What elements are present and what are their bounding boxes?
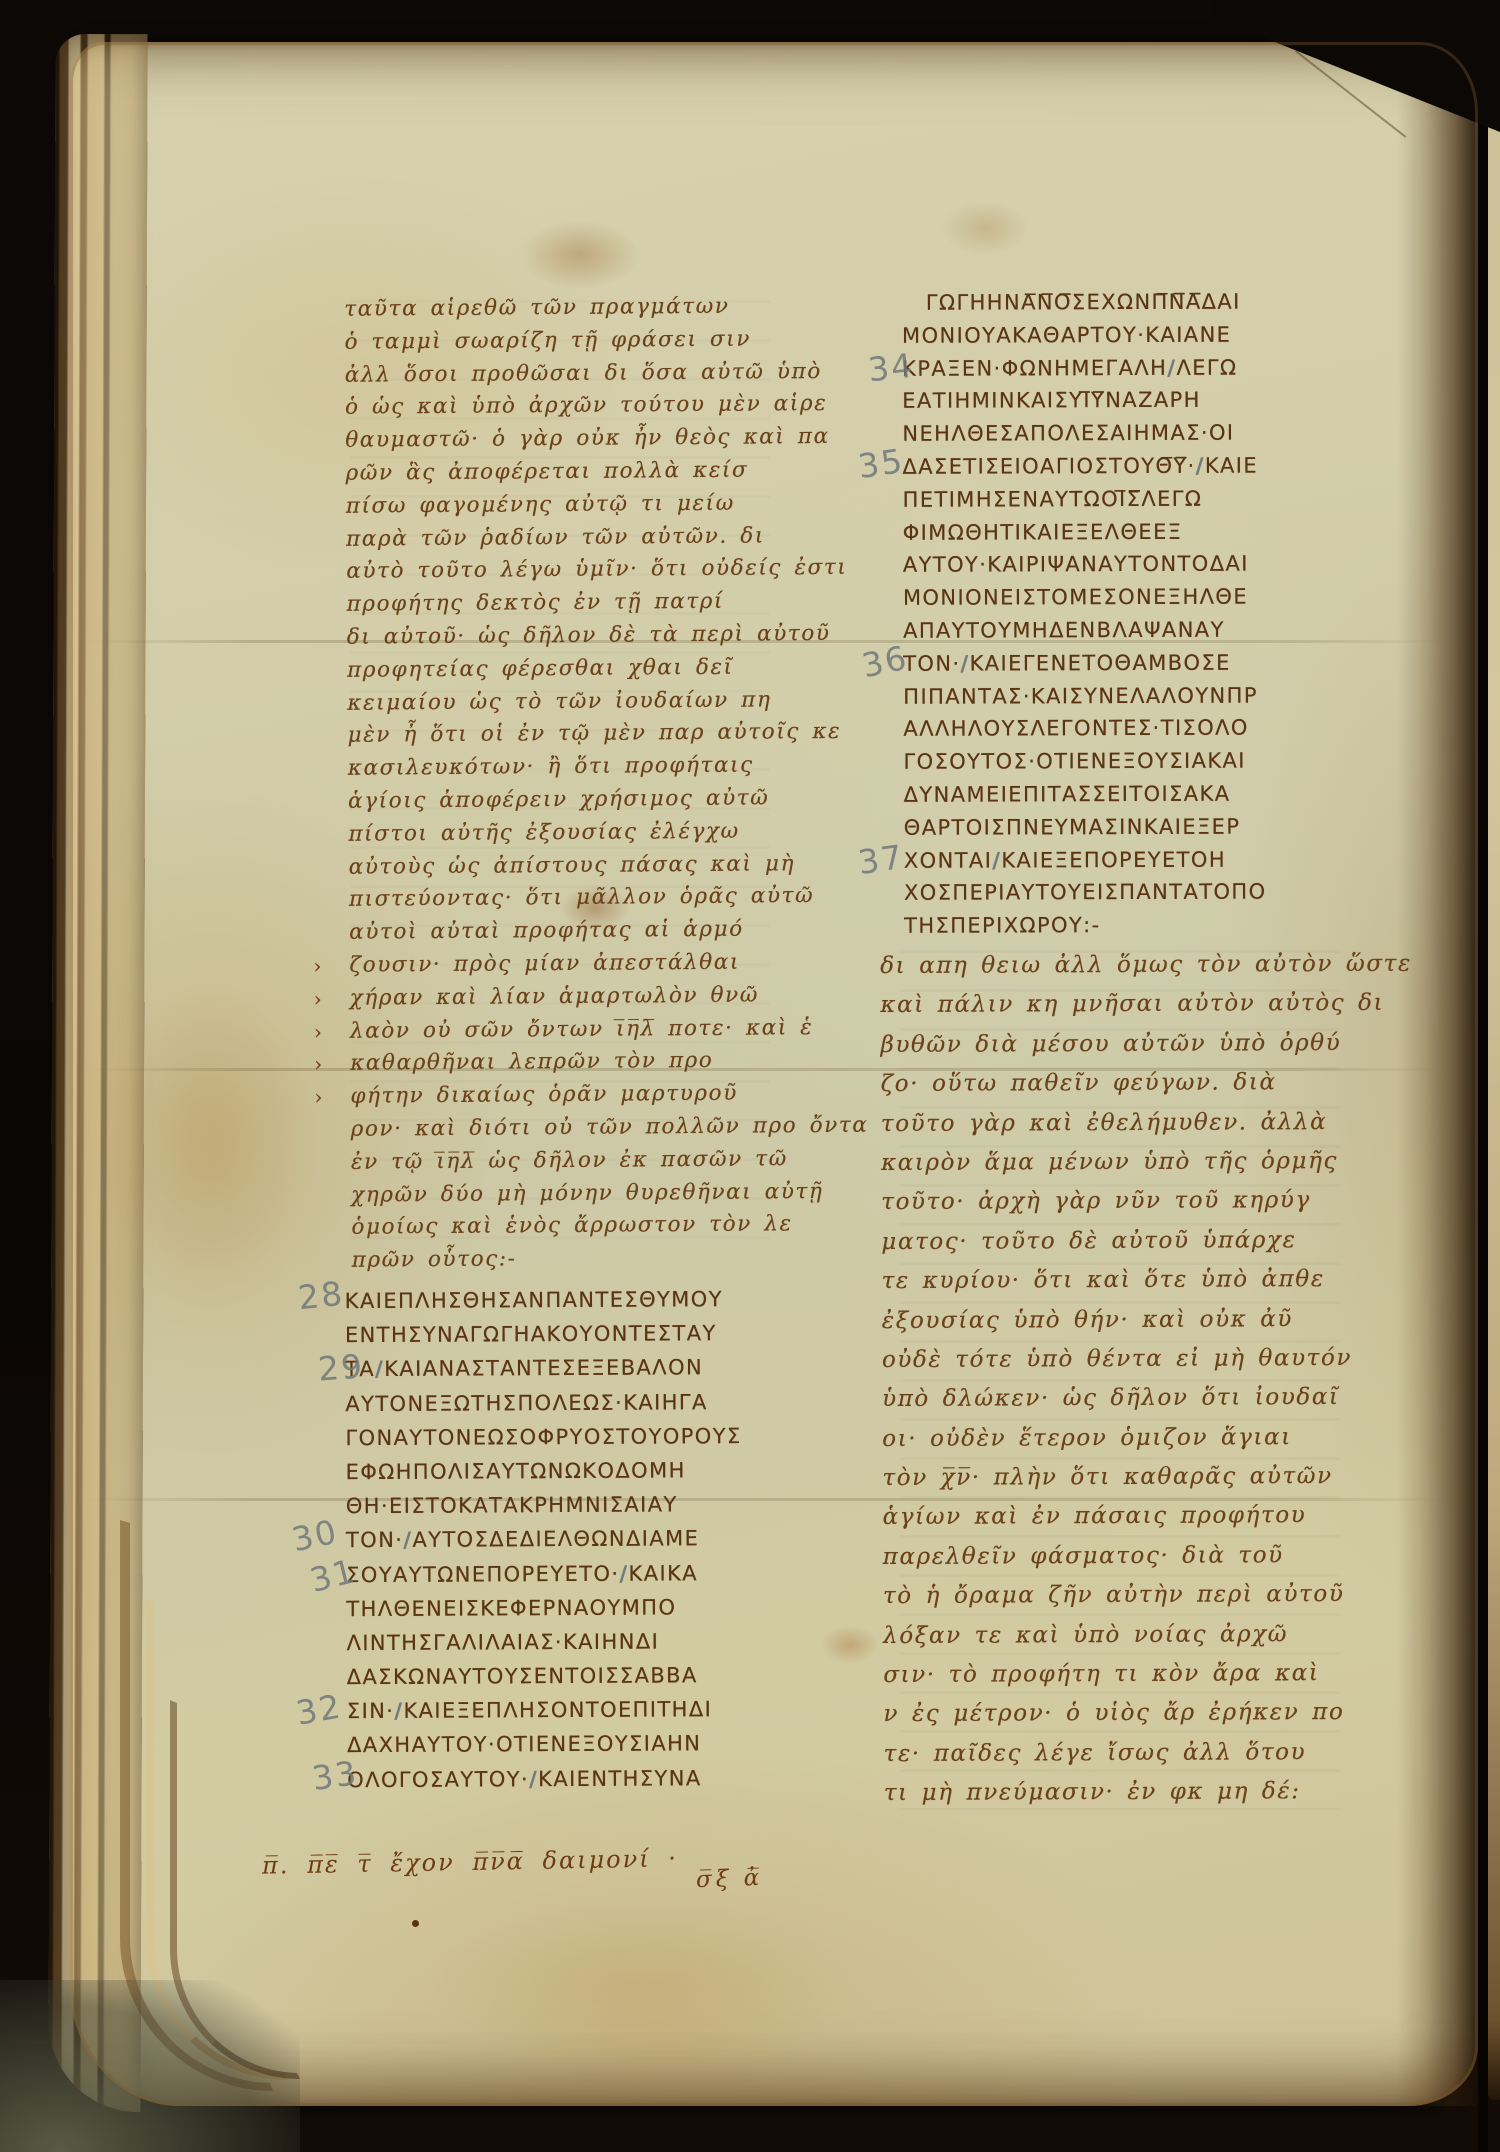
right-column-commentary: δι απη θειω ἀλλ ὅμως τὸν αὐτὸν ὥστεκαὶ π… xyxy=(880,945,1354,1814)
text-line: βυθῶν διὰ μέσου αὐτῶν ὑπὸ ὀρθύ xyxy=(880,1024,1350,1065)
text-line: ΔΑΣΕΤΙΣΕΙΟΑΓΙΟΣΤΟΥΘ̅Υ̅·∕ΚΑΙΕ xyxy=(902,449,1357,483)
text-line: ρῶν ἃς ἀποφέρεται πολλὰ κείσ xyxy=(345,454,781,490)
text-line: ταῦτα αἱρεθῶ τῶν πραγμάτων xyxy=(344,290,780,326)
table-surface xyxy=(0,1980,300,2152)
text-line: ὁ ταμμὶ σωαρίζη τῇ φράσει σιν xyxy=(344,323,780,359)
left-column-scripture-luke-4-28-33: ΚΑΙΕΠΛΗΣΘΗΣΑΝΠΑΝΤΕΣΘΥΜΟΥΕΝΤΗΣΥΝΑΓΩΓΗΑΚΟΥ… xyxy=(345,1282,794,1797)
text-line: ΤΑ∕ΚΑΙΑΝΑΣΤΑΝΤΕΣΕΞΕΒΑΛΟΝ xyxy=(345,1350,791,1387)
text-line: τὸν χ̅ν̅· πλὴν ὅτι καθαρᾶς αὐτῶν xyxy=(882,1457,1352,1498)
text-line: μὲν ἦ ὅτι οἱ ἐν τῷ μὲν παρ αὐτοῖς κε xyxy=(347,717,783,753)
pencil-verse-slash: ∕ xyxy=(394,1699,403,1723)
text-line: προφήτης δεκτὸς ἐν τῇ πατρί xyxy=(346,585,782,621)
text-line: ΜΟΝΙΟΥΑΚΑΘΑΡΤΟΥ·ΚΑΙΑΝΕ xyxy=(902,318,1357,352)
text-line: δι αὐτοῦ· ὡς δῆλον δὲ τὰ περὶ αὐτοῦ xyxy=(347,618,783,654)
text-line: ΤΗΣΠΕΡΙΧΩΡΟΥ:- xyxy=(904,908,1359,942)
text-line: ΤΗΛΘΕΝΕΙΣΚΕΦΕΡΝΑΟΥΜΠΟ xyxy=(346,1590,792,1627)
text-line: ΧΟΣΠΕΡΙΑΥΤΟΥΕΙΣΠΑΝΤΑΤΟΠΟ xyxy=(904,876,1359,910)
text-line: ἁγίων καὶ ἐν πάσαις προφήτου xyxy=(883,1496,1353,1537)
pencil-verse-slash: ∕ xyxy=(992,848,1001,872)
text-line: τι μὴ πνεύμασιν· ἐν φκ μη δέ: xyxy=(884,1772,1354,1813)
text-line: λαὸν οὐ σῶν ὄντων ι̅η̅λ̅ ποτε· καὶ ἑ› xyxy=(350,1012,786,1048)
text-line: κειμαίου ὡς τὸ τῶν ἰουδαίων πη xyxy=(347,684,783,720)
text-line: πίσω φαγομένης αὐτῷ τι μείω xyxy=(346,487,782,523)
text-line: ΕΝΤΗΣΥΝΑΓΩΓΗΑΚΟΥΟΝΤΕΣΤΑΥ xyxy=(345,1316,791,1353)
diple-quotation-mark: › xyxy=(314,1015,324,1048)
text-line: οι· οὐδὲν ἕτερον ὁμιζον ἅγιαι xyxy=(882,1418,1352,1459)
text-line: ΦΙΜΩΘΗΤΙΚΑΙΕΞΕΛΘΕΕΞ xyxy=(903,515,1358,549)
text-line: αὐτοὶ αὐταὶ προφήτας αἱ ἁρμό xyxy=(349,913,785,949)
pencil-verse-slash: ∕ xyxy=(1167,355,1176,379)
text-line: τὸ ἡ ὄραμα ζῆν αὐτὴν περὶ αὐτοῦ xyxy=(883,1575,1353,1616)
text-line: καὶ πάλιν κη μνῆσαι αὐτὸν αὐτὸς δι xyxy=(880,984,1350,1025)
next-page-edge xyxy=(1488,110,1500,2100)
text-line: ΑΥΤΟΝΕΞΩΤΗΣΠΟΛΕΩΣ·ΚΑΙΗΓΑ xyxy=(345,1384,791,1421)
text-line: ΤΟΝ·∕ΚΑΙΕΓΕΝΕΤΟΘΑΜΒΟΣΕ xyxy=(903,646,1358,680)
text-line: χήραν καὶ λίαν ἁμαρτωλὸν θνῶ› xyxy=(350,979,786,1015)
text-line: παρελθεῖν φάσματος· διὰ τοῦ xyxy=(883,1536,1353,1577)
text-line: τοῦτο· ἀρχὴ γὰρ νῦν τοῦ κηρύγ xyxy=(881,1181,1351,1222)
diple-quotation-mark: › xyxy=(314,1081,324,1114)
text-line: λόξαν τε καὶ ὑπὸ νοίας ἀρχῶ xyxy=(883,1615,1353,1656)
text-line: ΘΗ·ΕΙΣΤΟΚΑΤΑΚΡΗΜΝΙΣΑΙΑΥ xyxy=(346,1487,792,1524)
text-line: ΕΑΤΙΗΜΙΝΚΑΙΣΥΙ̅Υ̅ΝΑΖΑΡΗ xyxy=(902,384,1357,418)
text-line: ὁμοίως καὶ ἑνὸς ἄρρωστον τὸν λε xyxy=(351,1209,787,1245)
text-line: πιστεύοντας· ὅτι μᾶλλον ὁρᾶς αὐτῶ xyxy=(349,881,785,917)
text-line: ΔΑΧΗΑΥΤΟΥ·ΟΤΙΕΝΕΞΟΥΣΙΑΗΝ xyxy=(347,1726,793,1763)
text-line: ματος· τοῦτο δὲ αὐτοῦ ὑπάρχε xyxy=(881,1221,1351,1262)
text-line: αὐτοὺς ὡς ἀπίστους πάσας καὶ μὴ xyxy=(349,848,785,884)
text-line: ΜΟΝΙΟΝΕΙΣΤΟΜΕΣΟΝΕΞΗΛΘΕ xyxy=(903,580,1358,614)
text-line: ΔΥΝΑΜΕΙΕΠΙΤΑΣΣΕΙΤΟΙΣΑΚΑ xyxy=(904,777,1359,811)
text-line: ΑΥΤΟΥ·ΚΑΙΡΙΨΑΝΑΥΤΟΝΤΟΔΑΙ xyxy=(903,548,1358,582)
text-line: κασιλευκότων· ἢ ὅτι προφήταις xyxy=(348,749,784,785)
text-line: σιν· τὸ προφήτη τι κὸν ἄρα καὶ xyxy=(883,1654,1353,1695)
text-line: ὑπὸ δλώκεν· ὡς δῆλον ὅτι ἰουδαῖ xyxy=(882,1378,1352,1419)
text-line: προφητείας φέρεσθαι χθαι δεῖ xyxy=(347,651,783,687)
text-line: ΚΡΑΞΕΝ·ΦΩΝΗΜΕΓΑΛΗ∕ΛΕΓΩ xyxy=(902,351,1357,385)
pencil-verse-slash: ∕ xyxy=(403,1528,412,1552)
text-line: ἐξουσίας ὑπὸ θήν· καὶ οὐκ ἀῦ xyxy=(882,1299,1352,1340)
left-column-commentary: ταῦτα αἱρεθῶ τῶν πραγμάτωνὁ ταμμὶ σωαρίζ… xyxy=(344,290,788,1277)
text-line: ΓΩΓΗΗΝΑ̅Ν̅Ο̅ΣΕΧΩΝΠ̅Ν̅Α̅ΔΑΙ xyxy=(902,285,1357,319)
text-line: ΣΟΥΑΥΤΩΝΕΠΟΡΕΥΕΤΟ·∕ΚΑΙΚΑ xyxy=(346,1555,792,1592)
text-line: ΑΛΛΗΛΟΥΣΛΕΓΟΝΤΕΣ·ΤΙΣΟΛΟ xyxy=(903,712,1358,746)
text-line: ΝΕΗΛΘΕΣΑΠΟΛΕΣΑΙΗΜΑΣ·ΟΙ xyxy=(902,416,1357,450)
text-line: ἁγίοις ἀποφέρειν χρήσιμος αὐτῶ xyxy=(348,782,784,818)
text-line: παρὰ τῶν ῥαδίων τῶν αὐτῶν. δι xyxy=(346,520,782,556)
ink-dot xyxy=(412,1920,419,1927)
text-line: ἀλλ ὅσοι προθῶσαι δι ὅσα αὐτῶ ὑπὸ xyxy=(345,356,781,392)
text-line: ζουσιν· πρὸς μίαν ἀπεστάλθαι› xyxy=(349,946,785,982)
pencil-verse-slash: ∕ xyxy=(375,1357,384,1381)
text-line: ἐν τῷ ι̅η̅λ̅ ὡς δῆλον ἐκ πασῶν τῶ xyxy=(351,1143,787,1179)
stacked-leaf-edges xyxy=(48,34,147,2112)
pencil-verse-slash: ∕ xyxy=(1196,454,1205,478)
diple-quotation-mark: › xyxy=(313,950,323,983)
text-line: ΓΟΣΟΥΤΟΣ·ΟΤΙΕΝΕΞΟΥΣΙΑΚΑΙ xyxy=(903,744,1358,778)
text-line: ν ἐς μέτρον· ὁ υἱὸς ἄρ ἐρήκεν πο xyxy=(883,1693,1353,1734)
diple-quotation-mark: › xyxy=(314,983,324,1016)
text-line: ζο· οὕτω παθεῖν φεύγων. διὰ xyxy=(881,1063,1351,1104)
text-line: ρον· καὶ διότι οὐ τῶν πολλῶν προ ὄντα xyxy=(351,1110,787,1146)
text-line: οὐδὲ τότε ὑπὸ θέντα εἰ μὴ θαυτόν xyxy=(882,1339,1352,1380)
text-line: ΤΟΝ·∕ΑΥΤΟΣΔΕΔΙΕΛΘΩΝΔΙΑΜΕ xyxy=(346,1521,792,1558)
text-line: ΚΑΙΕΠΛΗΣΘΗΣΑΝΠΑΝΤΕΣΘΥΜΟΥ xyxy=(345,1282,791,1319)
text-line: ΧΟΝΤΑΙ∕ΚΑΙΕΞΕΠΟΡΕΥΕΤΟΗ xyxy=(904,843,1359,877)
quire-mark: σ̅ξ ἀ̅ xyxy=(696,1865,764,1893)
manuscript-photo: ταῦτα αἱρεθῶ τῶν πραγμάτωνὁ ταμμὶ σωαρίζ… xyxy=(0,0,1500,2152)
text-line: ΘΑΡΤΟΙΣΠΝΕΥΜΑΣΙΝΚΑΙΕΞΕΡ xyxy=(904,810,1359,844)
text-line: τοῦτο γὰρ καὶ ἐθελήμυθεν. ἀλλὰ xyxy=(881,1103,1351,1144)
diple-quotation-mark: › xyxy=(314,1048,324,1081)
text-line: ΓΟΝΑΥΤΟΝΕΩΣΟΦΡΥΟΣΤΟΥΟΡΟΥΣ xyxy=(345,1419,791,1456)
text-line: τε κυρίου· ὅτι καὶ ὅτε ὑπὸ ἀπθε xyxy=(881,1260,1351,1301)
text-line: καιρὸν ἅμα μένων ὑπὸ τῆς ὁρμῆς xyxy=(881,1142,1351,1183)
text-line: τε· παῖδες λέγε ἴσως ἀλλ ὅτου xyxy=(884,1733,1354,1774)
text-line: ΛΙΝΤΗΣΓΑΛΙΛΑΙΑΣ·ΚΑΙΗΝΔΙ xyxy=(346,1624,792,1661)
text-line: δι απη θειω ἀλλ ὅμως τὸν αὐτὸν ὥστε xyxy=(880,945,1350,986)
text-line: αὐτὸ τοῦτο λέγω ὑμῖν· ὅτι οὐδείς ἐστι xyxy=(346,553,782,589)
text-line: πίστοι αὐτῆς ἐξουσίας ἐλέγχω xyxy=(348,815,784,851)
text-line: ὁ ὡς καὶ ὑπὸ ἀρχῶν τούτου μὲν αἱρε xyxy=(345,389,781,425)
text-line: θαυμαστῶ· ὁ γὰρ οὐκ ἦν θεὸς καὶ πα xyxy=(345,421,781,457)
text-line: καθαρθῆναι λεπρῶν τὸν προ› xyxy=(350,1045,786,1081)
page-gap-shadow xyxy=(1478,0,1488,2152)
text-line: ΕΦΩΗΠΟΛΙΣΑΥΤΩΝΩΚΟΔΟΜΗ xyxy=(346,1453,792,1490)
text-line: ΔΑΣΚΩΝΑΥΤΟΥΣΕΝΤΟΙΣΣΑΒΒΑ xyxy=(347,1658,793,1695)
text-line: πρῶν οὗτος:- xyxy=(352,1241,788,1277)
text-line: ΠΙΠΑΝΤΑΣ·ΚΑΙΣΥΝΕΛΑΛΟΥΝΠΡ xyxy=(903,679,1358,713)
text-line: ΠΕΤΙΜΗΣΕΝΑΥΤΩΟΙ̅Σ̅ΛΕΓΩ xyxy=(903,482,1358,516)
text-line: ΣΙΝ·∕ΚΑΙΕΞΕΠΛΗΣΟΝΤΟΕΠΙΤΗΔΙ xyxy=(347,1692,793,1729)
pencil-verse-slash: ∕ xyxy=(619,1561,628,1585)
text-line: φήτην δικαίως ὁρᾶν μαρτυροῦ› xyxy=(350,1077,786,1113)
pencil-verse-slash: ∕ xyxy=(960,651,969,675)
right-column-scripture-luke-4-33-37: ΓΩΓΗΗΝΑ̅Ν̅Ο̅ΣΕΧΩΝΠ̅Ν̅Α̅ΔΑΙΜΟΝΙΟΥΑΚΑΘΑΡΤΟ… xyxy=(902,285,1359,943)
text-line: χηρῶν δύο μὴ μόνην θυρεθῆναι αὐτῇ xyxy=(351,1176,787,1212)
pencil-verse-slash: ∕ xyxy=(529,1767,538,1791)
text-line: ΑΠΑΥΤΟΥΜΗΔΕΝΒΛΑΨΑΝΑΥ xyxy=(903,613,1358,647)
text-line: ΟΛΟΓΟΣΑΥΤΟΥ·∕ΚΑΙΕΝΤΗΣΥΝΑ xyxy=(347,1760,793,1797)
